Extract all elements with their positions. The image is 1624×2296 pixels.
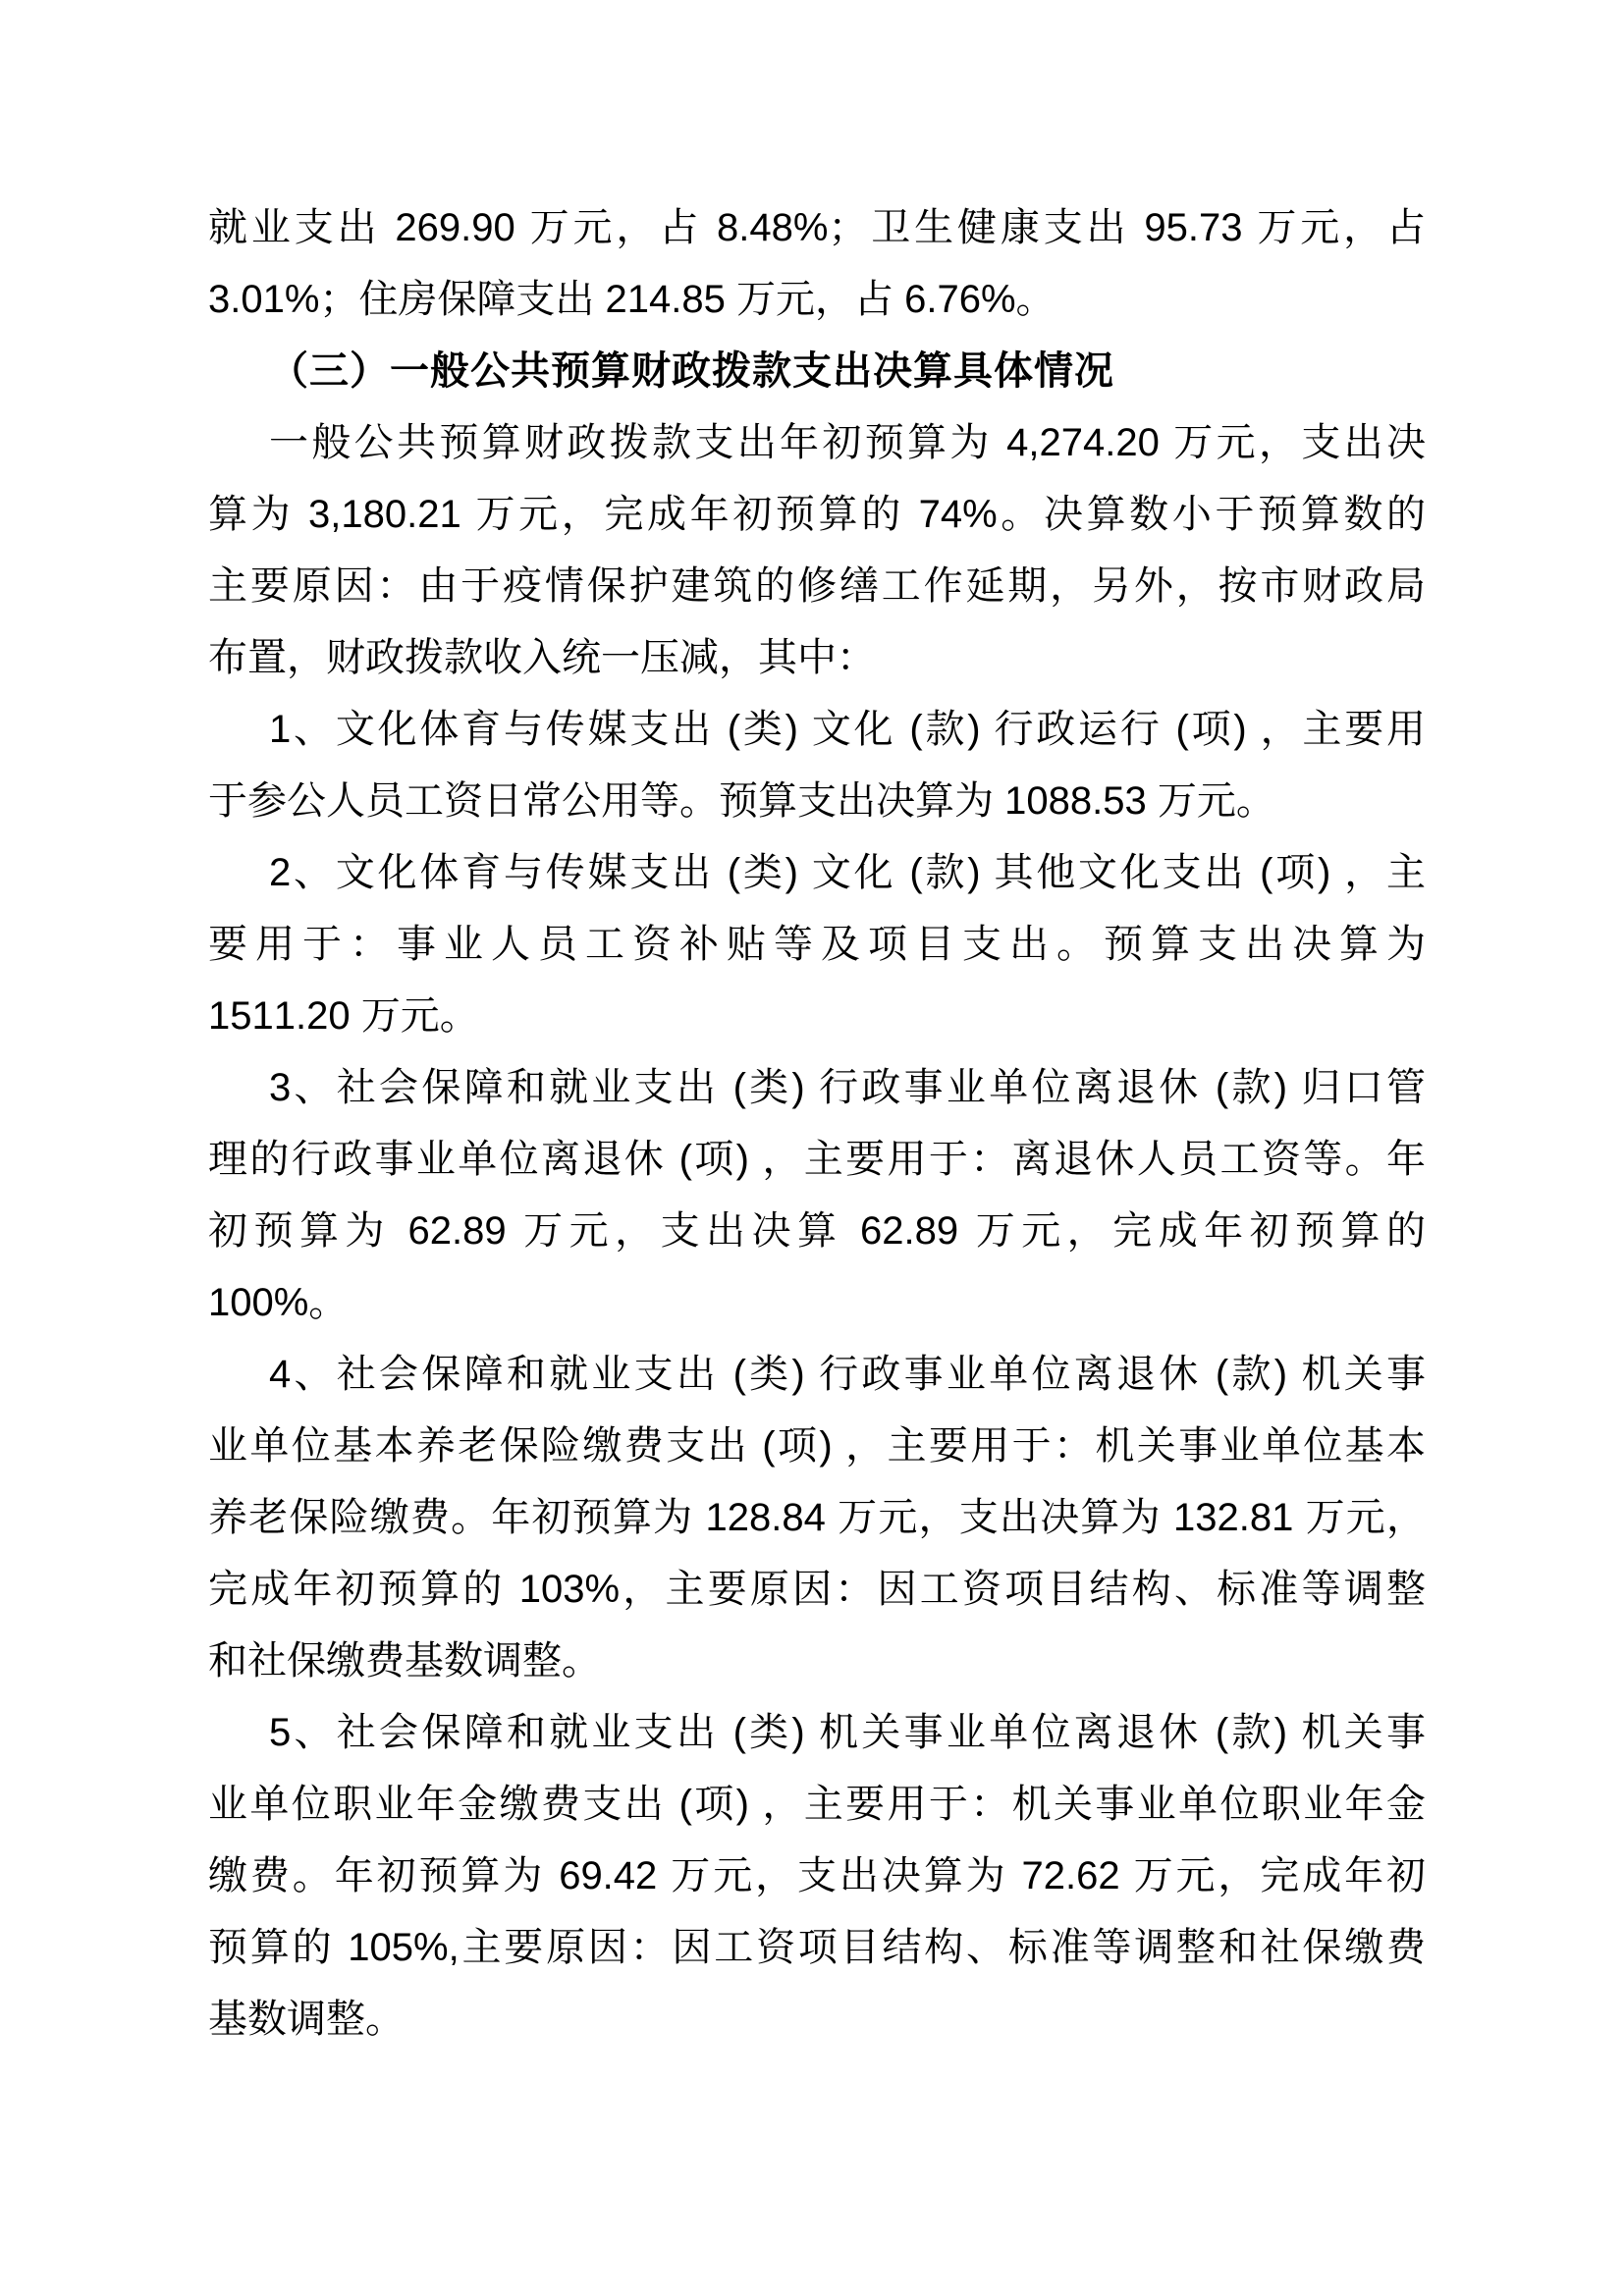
text-line: 缴费。年初预算为 69.42 万元，支出决算为 72.62 万元，完成年初 (208, 1841, 1426, 1912)
text-line: 业单位基本养老保险缴费支出 (项) ，主要用于：机关事业单位基本 (208, 1411, 1426, 1482)
text-line: 4、社会保障和就业支出 (类) 行政事业单位离退休 (款) 机关事 (208, 1339, 1426, 1411)
text-line: 布置，财政拨款收入统一压减，其中： (208, 622, 1426, 694)
text-line: 一般公共预算财政拨款支出年初预算为 4,274.20 万元，支出决 (208, 407, 1426, 479)
text-line: 完成年初预算的 103%，主要原因：因工资项目结构、标准等调整 (208, 1554, 1426, 1626)
text-line: 和社保缴费基数调整。 (208, 1626, 1426, 1697)
text-line: 理的行政事业单位离退休 (项) ，主要用于：离退休人员工资等。年 (208, 1124, 1426, 1196)
document-page: 就业支出 269.90 万元，占 8.48%；卫生健康支出 95.73 万元，占… (0, 0, 1624, 2296)
text-line: 主要原因：由于疫情保护建筑的修缮工作延期，另外，按市财政局 (208, 551, 1426, 622)
text-line: 算为 3,180.21 万元，完成年初预算的 74%。决算数小于预算数的 (208, 479, 1426, 551)
text-line: 养老保险缴费。年初预算为 128.84 万元，支出决算为 132.81 万元， (208, 1482, 1426, 1554)
text-line: 预算的 105%,主要原因：因工资项目结构、标准等调整和社保缴费 (208, 1912, 1426, 1984)
text-line: 1、文化体育与传媒支出 (类) 文化 (款) 行政运行 (项) ，主要用 (208, 694, 1426, 766)
text-line: 于参公人员工资日常公用等。预算支出决算为 1088.53 万元。 (208, 766, 1426, 837)
text-line: 5、社会保障和就业支出 (类) 机关事业单位离退休 (款) 机关事 (208, 1697, 1426, 1769)
text-line: 初预算为 62.89 万元，支出决算 62.89 万元，完成年初预算的 (208, 1196, 1426, 1267)
text-line: 1511.20 万元。 (208, 981, 1426, 1052)
text-line: 2、文化体育与传媒支出 (类) 文化 (款) 其他文化支出 (项) ，主 (208, 837, 1426, 909)
text-line: 3.01%；住房保障支出 214.85 万元，占 6.76%。 (208, 264, 1426, 336)
text-line: 要用于：事业人员工资补贴等及项目支出。预算支出决算为 (208, 909, 1426, 981)
document-body: 就业支出 269.90 万元，占 8.48%；卫生健康支出 95.73 万元，占… (208, 192, 1426, 2056)
section-heading: （三）一般公共预算财政拨款支出决算具体情况 (208, 336, 1426, 407)
text-line: 就业支出 269.90 万元，占 8.48%；卫生健康支出 95.73 万元，占 (208, 192, 1426, 264)
text-line: 基数调整。 (208, 1984, 1426, 2056)
text-line: 3、社会保障和就业支出 (类) 行政事业单位离退休 (款) 归口管 (208, 1052, 1426, 1124)
text-line: 业单位职业年金缴费支出 (项) ，主要用于：机关事业单位职业年金 (208, 1769, 1426, 1841)
text-line: 100%。 (208, 1267, 1426, 1339)
